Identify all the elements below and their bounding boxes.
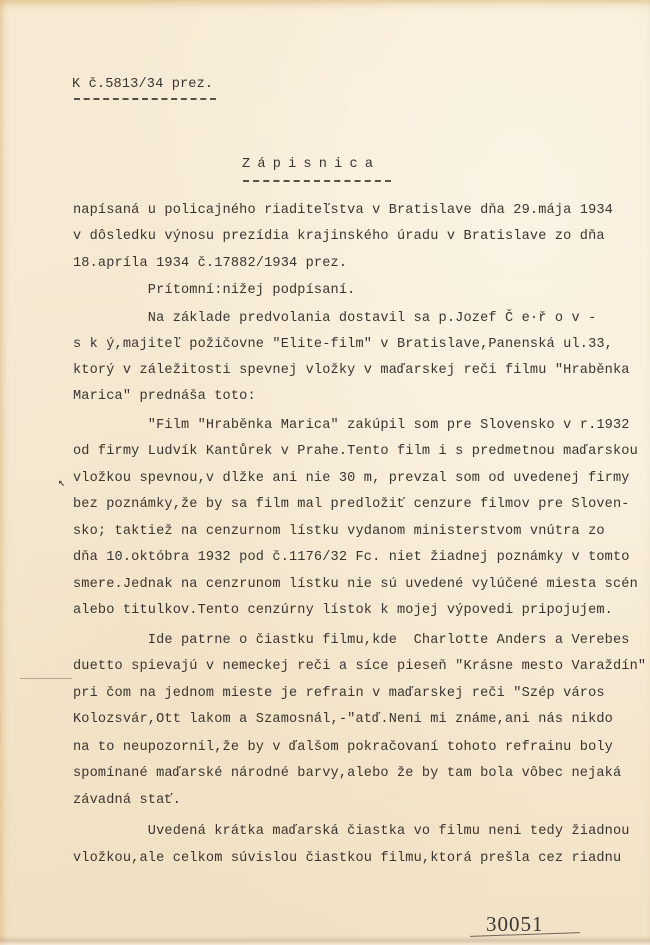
body-line: dňa 10.októbra 1932 pod č.1176/32 Fc. ni… <box>73 550 630 566</box>
body-line: Na základe predvolania dostavil sa p.Joz… <box>73 311 596 327</box>
body-line: napísaná u policajného riaditeľstva v Br… <box>73 203 613 219</box>
margin-arrow-icon: ↖ <box>58 475 65 490</box>
body-line: na to neupozornil,že by v ďalšom pokračo… <box>73 740 613 756</box>
body-line: vložkou spevnou,v dlžke ani nie 30 m, pr… <box>73 471 630 487</box>
body-line: Marica" prednáša toto: <box>73 389 256 405</box>
body-line: pri čom na jednom mieste je refrain v ma… <box>73 686 605 702</box>
paper-edge <box>0 936 650 945</box>
document-title: Zápisnica <box>242 157 380 173</box>
document-page: K č.5813/34 prez. Zápisnica napísaná u p… <box>0 0 650 945</box>
margin-pencil-stroke <box>20 678 72 679</box>
body-line: Kolozsvár,Ott lakom a Szamosnál,-"atď.Ne… <box>73 712 613 728</box>
body-line: smere.Jednak na cenzrunom lístku nie sú … <box>73 577 638 593</box>
body-line: duetto spievajú v nemeckej reči a síce p… <box>73 659 646 675</box>
body-line: Prítomní:nižej podpísaní. <box>73 283 355 299</box>
body-line: 18.apríla 1934 č.17882/1934 prez. <box>73 256 347 272</box>
body-line: Ide patrne o čiastku filmu,kde Charlotte… <box>73 633 630 649</box>
reference-number: K č.5813/34 prez. <box>72 77 213 93</box>
body-line: sko; taktiež na cenzurnom lístku vydanom… <box>73 524 605 540</box>
body-line: alebo titulkov.Tento cenzúrny lístok k m… <box>73 603 613 619</box>
body-line: spomínané maďarské národné barvy,alebo ž… <box>73 766 621 782</box>
body-line: závadná stať. <box>73 793 181 809</box>
body-line: v dôsledku výnosu prezídia krajinského ú… <box>73 229 605 245</box>
body-line: Uvedená krátka maďarská čiastka vo filmu… <box>73 824 630 840</box>
body-line: bez poznámky,že by sa film mal predložiť… <box>73 497 630 513</box>
body-line: od firmy Ludvík Kantůrek v Prahe.Tento f… <box>73 444 638 460</box>
title-underline <box>243 180 391 182</box>
reference-underline <box>74 98 216 100</box>
body-line: ktorý v záležitosti spevnej vložky v maď… <box>73 363 630 379</box>
body-line: vložkou,ale celkom súvislou čiastkou fil… <box>73 851 621 867</box>
body-line: "Film "Hraběnka Marica" zakúpil som pre … <box>73 418 630 434</box>
body-line: s k ý,majiteľ požičovne "Elite-film" v B… <box>73 337 613 353</box>
